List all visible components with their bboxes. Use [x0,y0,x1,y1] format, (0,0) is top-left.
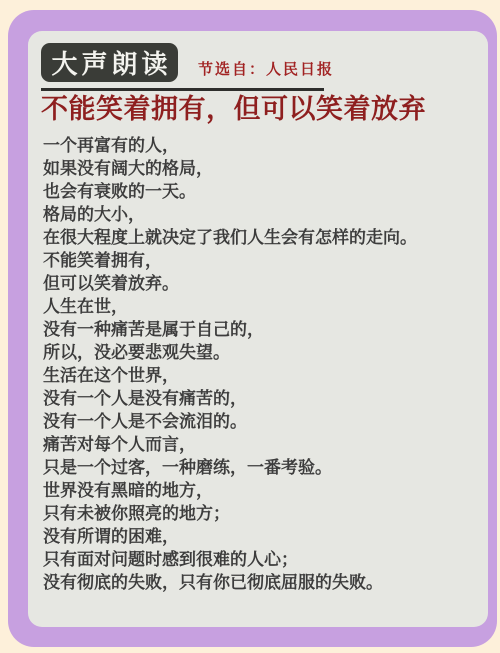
content-card: 大声朗读 节选自：人民日报 不能笑着拥有，但可以笑着放弃 一个再富有的人，如果没… [28,31,488,627]
text-line: 所以，没必要悲观失望。 [43,341,474,364]
text-line: 在很大程度上就决定了我们人生会有怎样的走向。 [43,226,474,249]
text-line: 生活在这个世界， [43,364,474,387]
text-line: 只有未被你照亮的地方； [43,502,474,525]
text-line: 格局的大小， [43,203,474,226]
text-line: 痛苦对每个人而言， [43,433,474,456]
source-attribution: 节选自：人民日报 [198,58,334,79]
page-background: 大声朗读 节选自：人民日报 不能笑着拥有，但可以笑着放弃 一个再富有的人，如果没… [0,0,500,653]
text-line: 没有彻底的失败，只有你已彻底屈服的失败。 [43,571,474,594]
text-line: 只有面对问题时感到很难的人心； [43,548,474,571]
article-title: 不能笑着拥有，但可以笑着放弃 [41,93,474,125]
article-body: 一个再富有的人，如果没有阔大的格局，也会有衰败的一天。格局的大小，在很大程度上就… [43,134,474,594]
purple-frame: 大声朗读 节选自：人民日报 不能笑着拥有，但可以笑着放弃 一个再富有的人，如果没… [8,10,497,647]
text-line: 只是一个过客，一种磨练，一番考验。 [43,456,474,479]
text-line: 没有一种痛苦是属于自己的， [43,318,474,341]
text-line: 没有一个人是没有痛苦的， [43,387,474,410]
read-aloud-badge: 大声朗读 [41,43,178,82]
header-divider [41,88,324,91]
text-line: 不能笑着拥有， [43,249,474,272]
text-line: 但可以笑着放弃。 [43,272,474,295]
text-line: 也会有衰败的一天。 [43,180,474,203]
header: 大声朗读 节选自：人民日报 [41,43,474,82]
text-line: 一个再富有的人， [43,134,474,157]
text-line: 世界没有黑暗的地方， [43,479,474,502]
text-line: 没有所谓的困难， [43,525,474,548]
text-line: 如果没有阔大的格局， [43,157,474,180]
text-line: 人生在世， [43,295,474,318]
text-line: 没有一个人是不会流泪的。 [43,410,474,433]
